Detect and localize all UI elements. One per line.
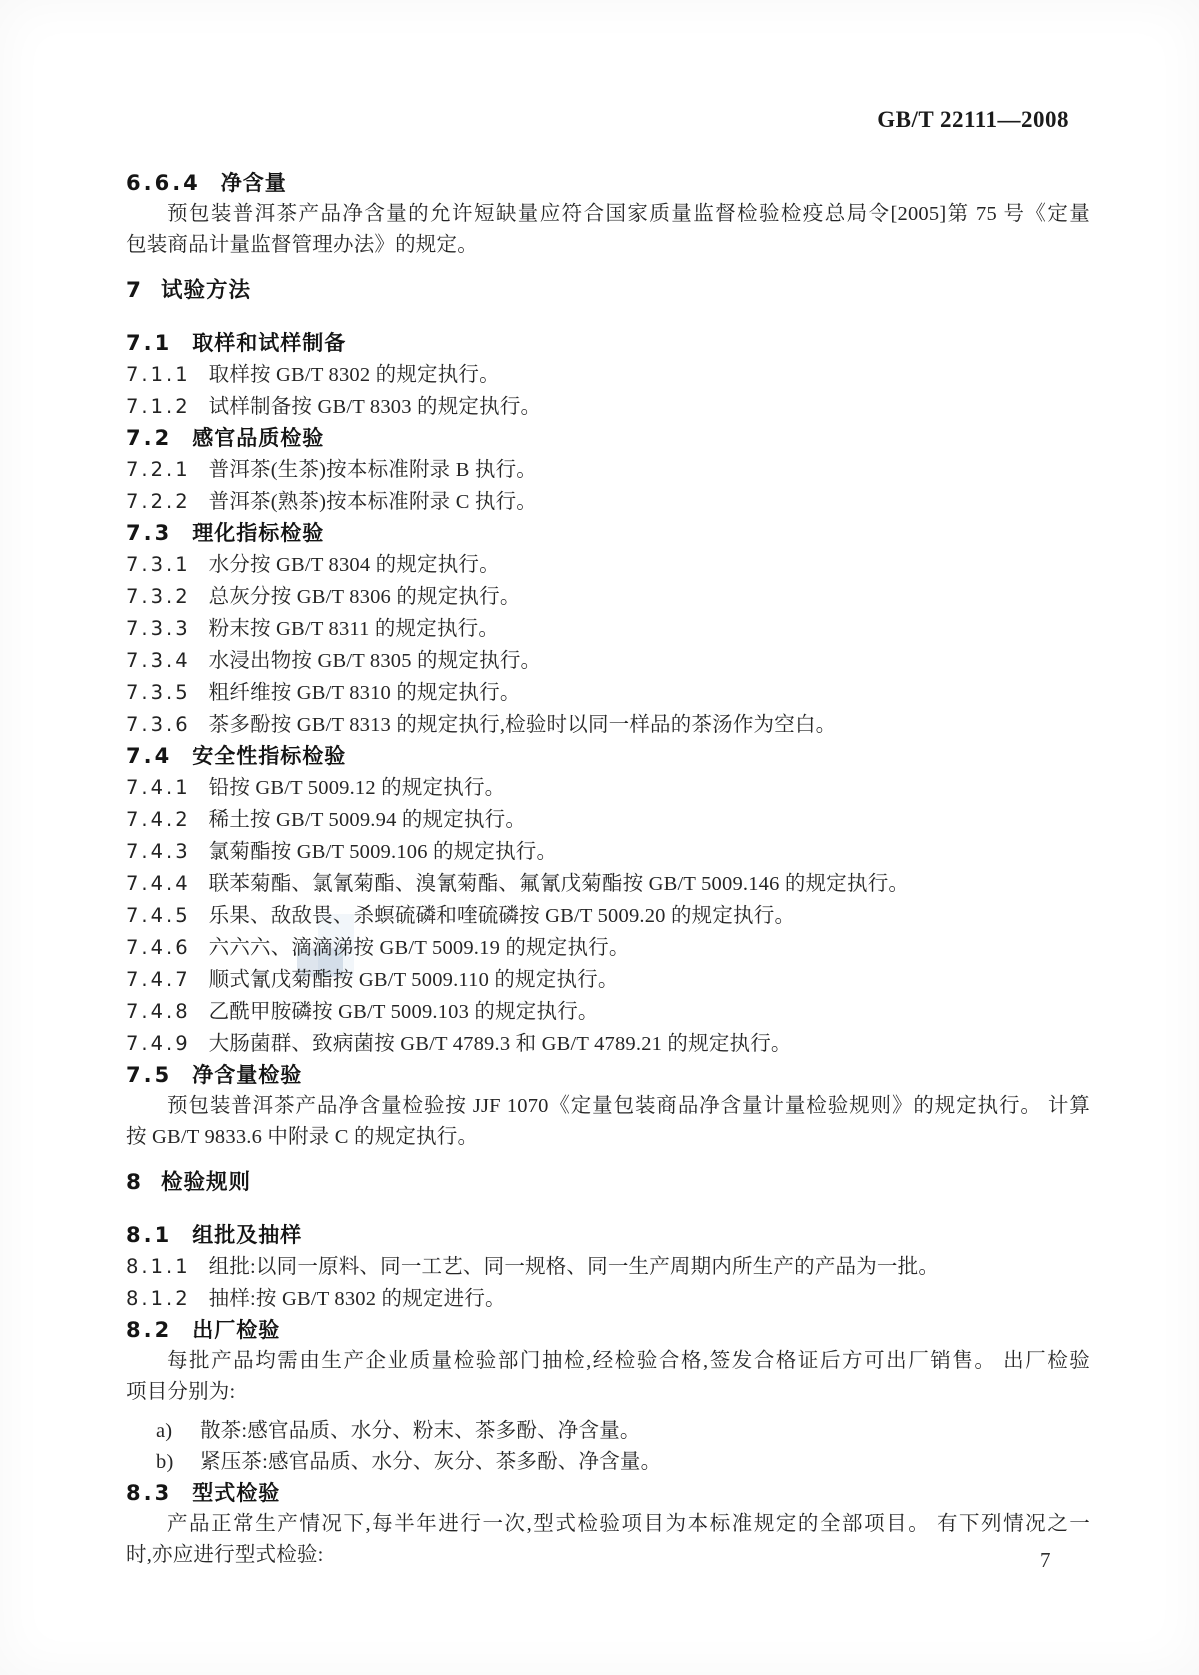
heading-6.6.4: 6.6.4净含量	[126, 168, 1090, 199]
block-title: 试验方法	[161, 278, 251, 303]
clause-7.4.9: 7.4.9大肠菌群、致病菌按 GB/T 4789.3 和 GB/T 4789.2…	[126, 1028, 1090, 1060]
block-number: 7.3.3	[126, 617, 191, 640]
block-text: 抽样:按 GB/T 8302 的规定进行。	[209, 1288, 506, 1310]
block-text: 取样按 GB/T 8302 的规定执行。	[209, 364, 500, 386]
block-text: 水分按 GB/T 8304 的规定执行。	[209, 554, 500, 576]
block-number: 7.2.2	[126, 490, 191, 513]
clause-7.3.4: 7.3.4水浸出物按 GB/T 8305 的规定执行。	[126, 645, 1090, 677]
paragraph-line: 按 GB/T 9833.6 中附录 C 的规定执行。	[126, 1122, 1090, 1153]
list-marker: b)	[156, 1447, 200, 1478]
list-item-b: b)紧压茶:感官品质、水分、灰分、茶多酚、净含量。	[156, 1447, 1090, 1478]
clause-7.4.2: 7.4.2稀土按 GB/T 5009.94 的规定执行。	[126, 804, 1090, 836]
clause-7.4.1: 7.4.1铅按 GB/T 5009.12 的规定执行。	[126, 772, 1090, 804]
list-item-a: a)散茶:感官品质、水分、粉末、茶多酚、净含量。	[156, 1416, 1090, 1447]
block-number: 7.3.4	[126, 649, 191, 672]
block-number: 7.3.6	[126, 713, 191, 736]
clause-7.4.8: 7.4.8乙酰甲胺磷按 GB/T 5009.103 的规定执行。	[126, 996, 1090, 1028]
block-text: 散茶:感官品质、水分、粉末、茶多酚、净含量。	[200, 1420, 641, 1442]
heading-7.5: 7.5净含量检验	[126, 1060, 1090, 1091]
block-text: 水浸出物按 GB/T 8305 的规定执行。	[209, 650, 542, 672]
clause-7.3.1: 7.3.1水分按 GB/T 8304 的规定执行。	[126, 549, 1090, 581]
block-title: 感官品质检验	[192, 426, 324, 450]
block-number: 7.4.7	[126, 968, 191, 991]
paragraph-line: 预包装普洱茶产品净含量的允许短缺量应符合国家质量监督检验检疫总局令[2005]第…	[126, 199, 1090, 230]
block-title: 组批及抽样	[192, 1223, 302, 1247]
block-number: 7.3	[126, 521, 172, 545]
block-number: 7.3.5	[126, 681, 191, 704]
block-text: 粗纤维按 GB/T 8310 的规定执行。	[209, 682, 521, 704]
block-number: 8.1.1	[126, 1255, 191, 1278]
block-text: 乐果、敌敌畏、杀螟硫磷和喹硫磷按 GB/T 5009.20 的规定执行。	[209, 905, 796, 927]
block-number: 8.1.2	[126, 1287, 191, 1310]
clause-7.4.3: 7.4.3氯菊酯按 GB/T 5009.106 的规定执行。	[126, 836, 1090, 868]
page-number: 7	[1040, 1548, 1051, 1573]
paragraph-37: 产品正常生产情况下,每半年进行一次,型式检验项目为本标准规定的全部项目。 有下列…	[126, 1509, 1090, 1571]
block-text: 试样制备按 GB/T 8303 的规定执行。	[209, 396, 542, 418]
block-text: 普洱茶(生茶)按本标准附录 B 执行。	[209, 459, 537, 481]
block-number: 7.1.2	[126, 395, 191, 418]
block-text: 组批:以同一原料、同一工艺、同一规格、同一生产周期内所生产的产品为一批。	[209, 1256, 939, 1278]
heading-8.2: 8.2出厂检验	[126, 1315, 1090, 1346]
block-number: 7.2.1	[126, 458, 191, 481]
list-marker: a)	[156, 1416, 200, 1447]
clause-8.1.1: 8.1.1组批:以同一原料、同一工艺、同一规格、同一生产周期内所生产的产品为一批…	[126, 1251, 1090, 1283]
clause-7.4.5: 7.4.5乐果、敌敌畏、杀螟硫磷和喹硫磷按 GB/T 5009.20 的规定执行…	[126, 900, 1090, 932]
standard-code-header: GB/T 22111—2008	[877, 107, 1069, 133]
heading-7.4: 7.4安全性指标检验	[126, 741, 1090, 772]
block-text: 茶多酚按 GB/T 8313 的规定执行,检验时以同一样品的茶汤作为空白。	[209, 714, 837, 736]
block-text: 普洱茶(熟茶)按本标准附录 C 执行。	[209, 491, 537, 513]
block-text: 粉末按 GB/T 8311 的规定执行。	[209, 618, 499, 640]
clause-7.3.6: 7.3.6茶多酚按 GB/T 8313 的规定执行,检验时以同一样品的茶汤作为空…	[126, 709, 1090, 741]
block-number: 7	[126, 278, 143, 303]
block-title: 安全性指标检验	[192, 744, 346, 768]
heading-8: 8检验规则	[126, 1167, 1090, 1198]
block-text: 顺式氰戊菊酯按 GB/T 5009.110 的规定执行。	[209, 969, 619, 991]
paragraph-line: 预包装普洱茶产品净含量检验按 JJF 1070《定量包装商品净含量计量检验规则》…	[126, 1091, 1090, 1122]
block-number: 7.1	[126, 331, 172, 355]
block-number: 7.4.5	[126, 904, 191, 927]
heading-8.1: 8.1组批及抽样	[126, 1220, 1090, 1251]
block-title: 理化指标检验	[192, 521, 324, 545]
block-number: 7.4.2	[126, 808, 191, 831]
block-number: 7.4.9	[126, 1032, 191, 1055]
block-number: 7.4.3	[126, 840, 191, 863]
block-number: 8.1	[126, 1223, 172, 1247]
block-text: 乙酰甲胺磷按 GB/T 5009.103 的规定执行。	[209, 1001, 599, 1023]
clause-8.1.2: 8.1.2抽样:按 GB/T 8302 的规定进行。	[126, 1283, 1090, 1315]
block-number: 7.4.1	[126, 776, 191, 799]
block-title: 检验规则	[161, 1170, 251, 1195]
block-number: 7.3.2	[126, 585, 191, 608]
block-number: 7.4.8	[126, 1000, 191, 1023]
block-number: 8.3	[126, 1481, 172, 1505]
block-text: 氯菊酯按 GB/T 5009.106 的规定执行。	[209, 841, 558, 863]
block-number: 7.5	[126, 1063, 172, 1087]
block-number: 7.3.1	[126, 553, 191, 576]
clause-7.2.2: 7.2.2普洱茶(熟茶)按本标准附录 C 执行。	[126, 486, 1090, 518]
block-text: 稀土按 GB/T 5009.94 的规定执行。	[209, 809, 526, 831]
block-number: 7.1.1	[126, 363, 191, 386]
clause-7.4.7: 7.4.7顺式氰戊菊酯按 GB/T 5009.110 的规定执行。	[126, 964, 1090, 996]
block-number: 8.2	[126, 1318, 172, 1342]
clause-7.1.1: 7.1.1取样按 GB/T 8302 的规定执行。	[126, 359, 1090, 391]
block-number: 7.4.6	[126, 936, 191, 959]
block-text: 总灰分按 GB/T 8306 的规定执行。	[209, 586, 521, 608]
block-text: 六六六、滴滴涕按 GB/T 5009.19 的规定执行。	[209, 937, 630, 959]
paragraph-line: 包装商品计量监督管理办法》的规定。	[126, 230, 1090, 261]
clause-7.2.1: 7.2.1普洱茶(生茶)按本标准附录 B 执行。	[126, 454, 1090, 486]
clause-7.4.4: 7.4.4联苯菊酯、氯氰菊酯、溴氰菊酯、氟氰戊菊酯按 GB/T 5009.146…	[126, 868, 1090, 900]
block-text: 紧压茶:感官品质、水分、灰分、茶多酚、净含量。	[200, 1451, 661, 1473]
paragraph-27: 预包装普洱茶产品净含量检验按 JJF 1070《定量包装商品净含量计量检验规则》…	[126, 1091, 1090, 1153]
standard-document-page: GB/T 22111—2008 6.6.4净含量预包装普洱茶产品净含量的允许短缺…	[0, 0, 1199, 1675]
paragraph-line: 产品正常生产情况下,每半年进行一次,型式检验项目为本标准规定的全部项目。 有下列…	[126, 1509, 1090, 1540]
clause-7.3.5: 7.3.5粗纤维按 GB/T 8310 的规定执行。	[126, 677, 1090, 709]
block-title: 净含量	[221, 171, 287, 195]
block-number: 7.4.4	[126, 872, 191, 895]
paragraph-line: 时,亦应进行型式检验:	[126, 1540, 1090, 1571]
heading-7.2: 7.2感官品质检验	[126, 423, 1090, 454]
block-title: 取样和试样制备	[192, 331, 346, 355]
paragraph-line: 每批产品均需由生产企业质量检验部门抽检,经检验合格,签发合格证后方可出厂销售。 …	[126, 1346, 1090, 1377]
block-text: 铅按 GB/T 5009.12 的规定执行。	[209, 777, 506, 799]
block-title: 出厂检验	[192, 1318, 280, 1342]
clause-7.3.2: 7.3.2总灰分按 GB/T 8306 的规定执行。	[126, 581, 1090, 613]
block-number: 6.6.4	[126, 171, 201, 195]
paragraph-33: 每批产品均需由生产企业质量检验部门抽检,经检验合格,签发合格证后方可出厂销售。 …	[126, 1346, 1090, 1408]
heading-8.3: 8.3型式检验	[126, 1478, 1090, 1509]
paragraph-line: 项目分别为:	[126, 1377, 1090, 1408]
block-title: 净含量检验	[192, 1063, 302, 1087]
block-number: 7.2	[126, 426, 172, 450]
block-number: 7.4	[126, 744, 172, 768]
clause-7.4.6: 7.4.6六六六、滴滴涕按 GB/T 5009.19 的规定执行。	[126, 932, 1090, 964]
block-text: 联苯菊酯、氯氰菊酯、溴氰菊酯、氟氰戊菊酯按 GB/T 5009.146 的规定执…	[209, 873, 909, 895]
heading-7.3: 7.3理化指标检验	[126, 518, 1090, 549]
clause-7.1.2: 7.1.2试样制备按 GB/T 8303 的规定执行。	[126, 391, 1090, 423]
heading-7: 7试验方法	[126, 275, 1090, 306]
heading-7.1: 7.1取样和试样制备	[126, 328, 1090, 359]
document-body: 6.6.4净含量预包装普洱茶产品净含量的允许短缺量应符合国家质量监督检验检疫总局…	[126, 158, 1090, 1571]
clause-7.3.3: 7.3.3粉末按 GB/T 8311 的规定执行。	[126, 613, 1090, 645]
paragraph-1: 预包装普洱茶产品净含量的允许短缺量应符合国家质量监督检验检疫总局令[2005]第…	[126, 199, 1090, 261]
block-title: 型式检验	[192, 1481, 280, 1505]
block-text: 大肠菌群、致病菌按 GB/T 4789.3 和 GB/T 4789.21 的规定…	[209, 1033, 792, 1055]
block-number: 8	[126, 1170, 143, 1195]
